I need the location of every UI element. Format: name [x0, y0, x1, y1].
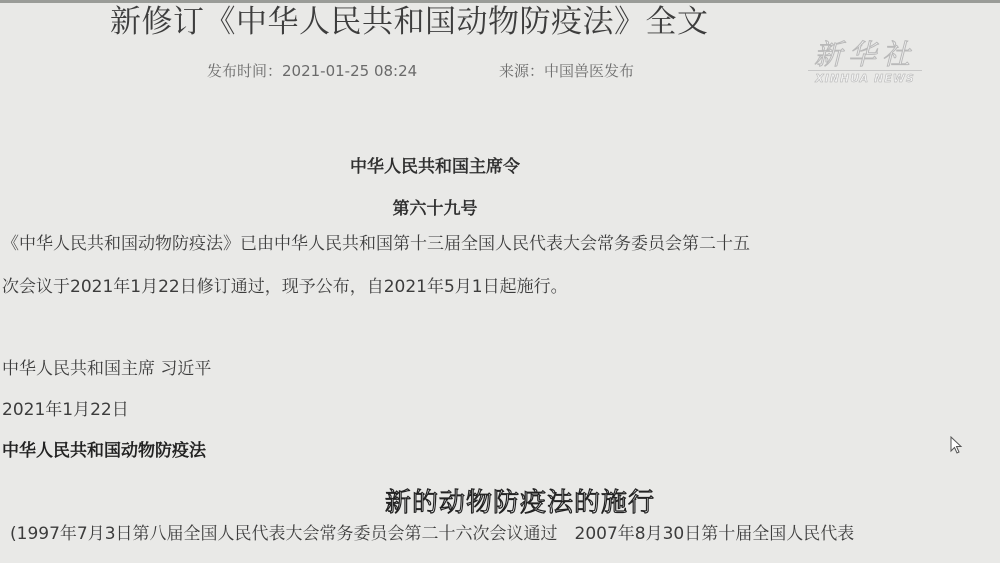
order-title: 中华人民共和国主席令 — [0, 152, 870, 177]
announcement-line-2: 次会议于2021年1月22日修订通过，现予公布，自2021年5月1日起施行。 — [2, 277, 568, 297]
order-number: 第六十九号 — [0, 194, 870, 219]
watermark-cn: 新华社 — [800, 40, 930, 70]
article-page: 新修订《中华人民共和国动物防疫法》全文 发布时间：2021-01-25 08:2… — [0, 0, 1000, 563]
xinhua-watermark-logo: 新华社 XINHUA NEWS — [800, 40, 930, 85]
publish-time: 发布时间：2021-01-25 08:24 — [207, 62, 417, 80]
president-signature: 中华人民共和国主席 习近平 — [2, 359, 211, 379]
video-subtitle: 新的动物防疫法的施行 — [0, 488, 1000, 518]
law-name-heading: 中华人民共和国动物防疫法 — [2, 441, 206, 461]
sign-date: 2021年1月22日 — [2, 400, 129, 420]
mouse-pointer-icon — [950, 436, 964, 456]
article-source: 来源：中国兽医发布 — [499, 60, 634, 81]
law-history-line: (1997年7月3日第八届全国人民代表大会常务委员会第二十六次会议通过 2007… — [10, 524, 854, 544]
announcement-line-1: 《中华人民共和国动物防疫法》已由中华人民共和国第十三届全国人民代表大会常务委员会… — [2, 234, 750, 254]
article-title: 新修订《中华人民共和国动物防疫法》全文 — [110, 2, 709, 42]
article-meta: 发布时间：2021-01-25 08:24 来源：中国兽医发布 — [207, 60, 417, 81]
watermark-en: XINHUA NEWS — [808, 70, 922, 85]
